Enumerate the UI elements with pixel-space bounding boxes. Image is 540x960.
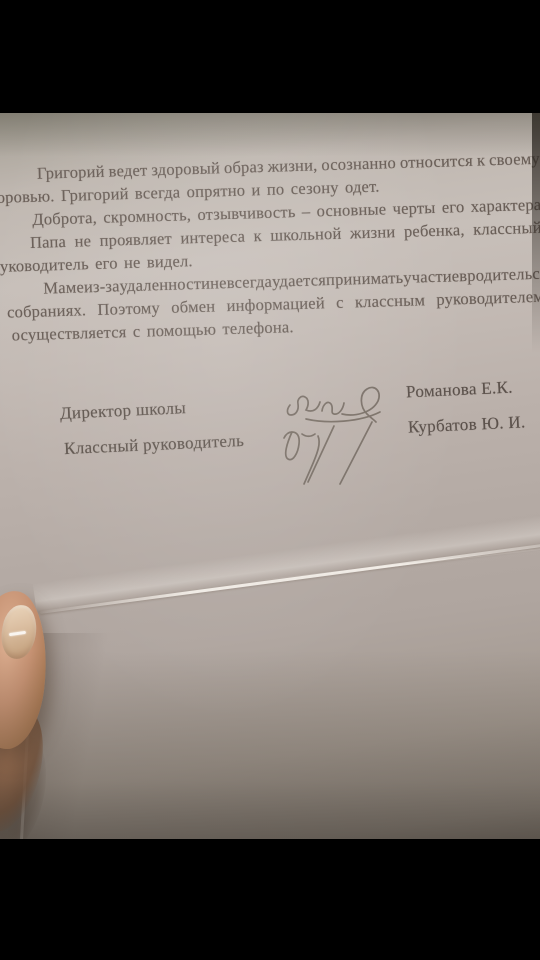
letterbox-top <box>0 0 540 113</box>
paper-crease <box>40 543 540 614</box>
signature-label-class-teacher: Классный руководитель <box>64 431 245 459</box>
signature-name-class-teacher: Курбатов Ю. И. <box>408 412 526 437</box>
signature-name-director: Романова Е.К. <box>406 378 514 403</box>
right-edge-shadow <box>532 113 540 353</box>
letterbox-bottom <box>0 839 540 960</box>
signature-label-director: Директор школы <box>60 398 187 424</box>
phone-screenshot: Григорийведетздоровыйобразжизни,осознанн… <box>0 0 540 960</box>
document-text-block: Григорийведетздоровыйобразжизни,осознанн… <box>0 147 540 348</box>
signature-class-teacher-autograph <box>276 416 401 488</box>
document-photo: Григорийведетздоровыйобразжизни,осознанн… <box>0 113 540 839</box>
